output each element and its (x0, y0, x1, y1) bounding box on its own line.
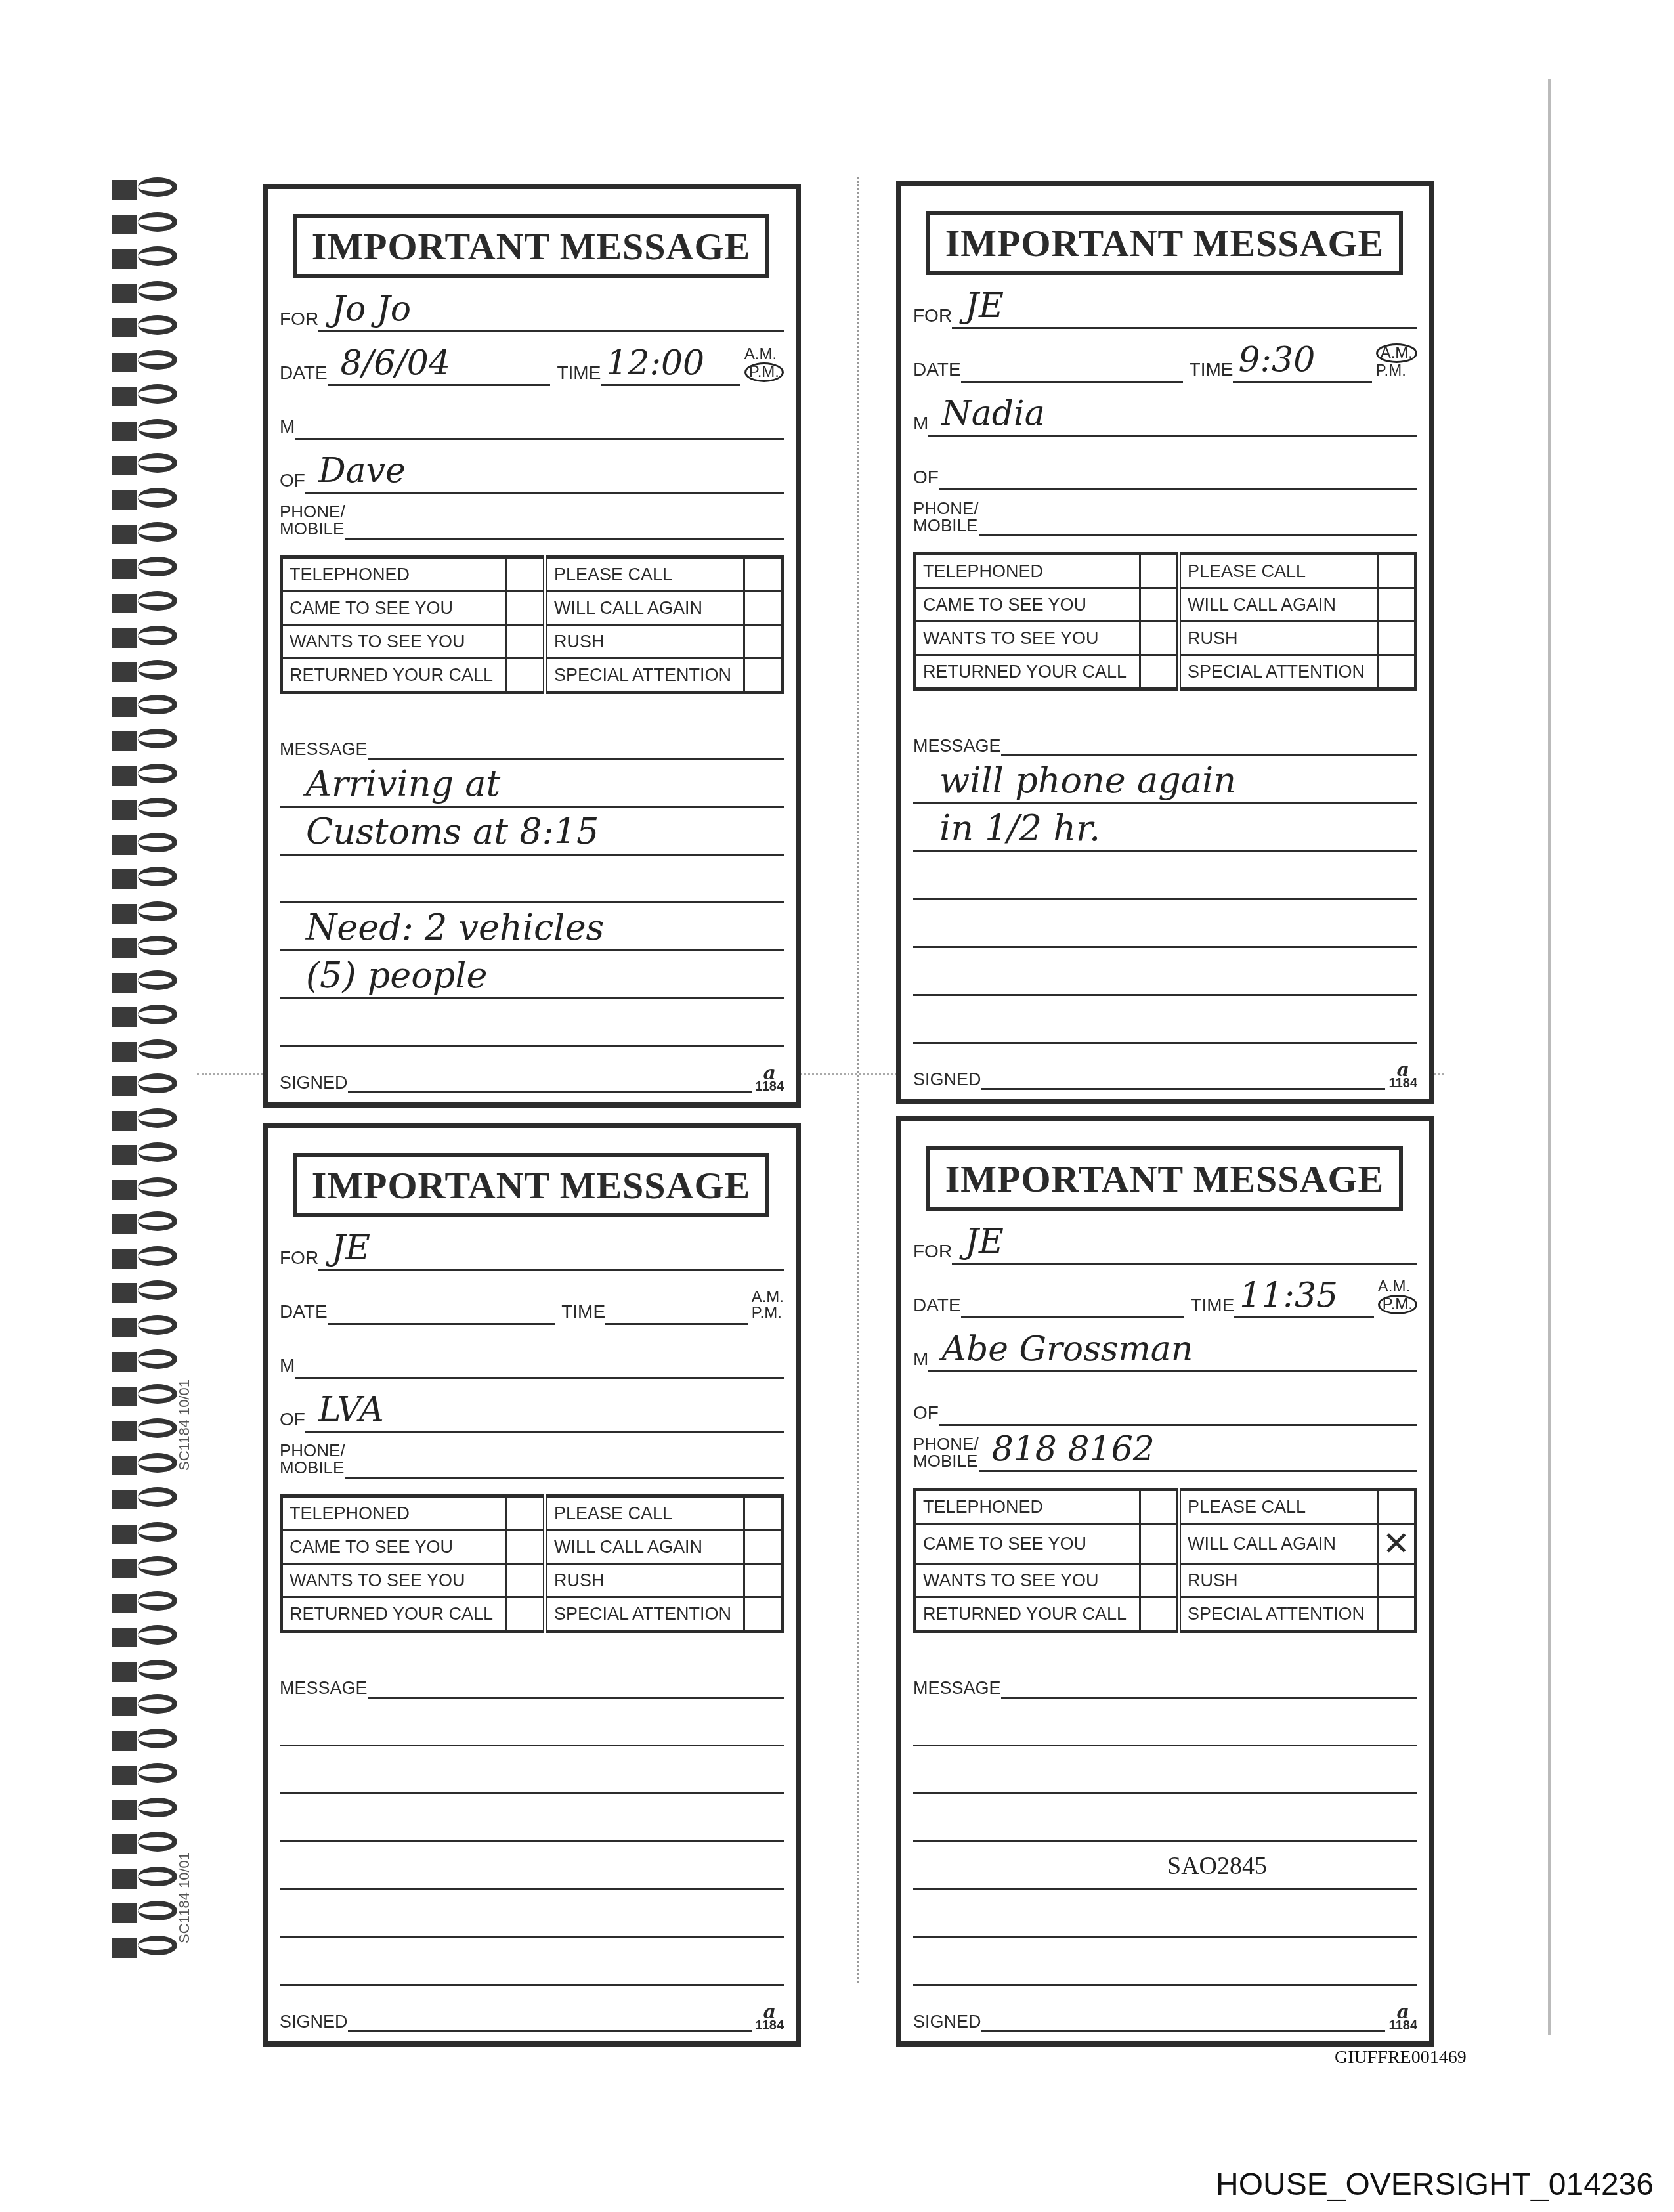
spiral-coil (112, 1798, 184, 1821)
checkbox-row: CAME TO SEE YOUWILL CALL AGAIN (282, 592, 783, 625)
m-field: M Nadia (913, 383, 1417, 437)
spiral-coil (112, 281, 184, 305)
title-box: IMPORTANT MESSAGE (926, 1146, 1403, 1211)
spiral-coil (112, 522, 184, 546)
signed-row: SIGNED a 1184 (913, 1064, 1417, 1090)
ampad-logo-icon: a (756, 1067, 784, 1080)
checkbox[interactable] (1378, 588, 1416, 622)
checkbox-row: TELEPHONEDPLEASE CALL (282, 1496, 783, 1530)
spiral-coil (112, 557, 184, 580)
spiral-coil (112, 833, 184, 856)
spiral-coil (112, 1211, 184, 1235)
spiral-coil (112, 729, 184, 752)
checkbox[interactable] (507, 557, 546, 592)
signed-row: SIGNED a 1184 (280, 1067, 784, 1093)
checkbox[interactable] (507, 1564, 546, 1597)
spiral-coil (112, 660, 184, 683)
time-label: TIME (1190, 359, 1234, 383)
checkbox-label: RETURNED YOUR CALL (282, 659, 507, 693)
perforation-vertical (857, 177, 859, 1983)
pm-label: P.M. (1378, 1295, 1417, 1314)
checkbox-label: SPECIAL ATTENTION (1179, 1597, 1378, 1632)
checkbox-row: CAME TO SEE YOUWILL CALL AGAIN (915, 588, 1416, 622)
pm-label: P.M. (752, 1305, 784, 1321)
time-label: TIME (1190, 1295, 1234, 1318)
ampad-logo-icon: a (1389, 1064, 1417, 1077)
pm-label: P.M. (1376, 363, 1417, 379)
checkbox-label: PLEASE CALL (546, 1496, 744, 1530)
phone-label: PHONE/MOBILE (280, 1442, 345, 1479)
checkbox-label: TELEPHONED (915, 1490, 1140, 1524)
spiral-coil (112, 177, 184, 201)
message-label-row: MESSAGE (913, 1672, 1417, 1699)
checkbox[interactable] (744, 592, 783, 625)
checkbox-label: RETURNED YOUR CALL (915, 655, 1140, 689)
spiral-coil (112, 764, 184, 787)
am-pm-indicator: A.M. P.M. (752, 1290, 784, 1325)
spiral-coil (112, 384, 184, 408)
spiral-coil (112, 626, 184, 649)
m-value: Abe Grossman (941, 1330, 1193, 1369)
m-label: M (913, 1349, 928, 1372)
checkbox[interactable] (744, 1530, 783, 1564)
side-form-code: SC1184 10/01 (176, 1852, 193, 1943)
title-box: IMPORTANT MESSAGE (293, 214, 769, 278)
form-title: IMPORTANT MESSAGE (945, 221, 1384, 265)
spiral-coil (112, 453, 184, 477)
checkbox[interactable] (1378, 655, 1416, 689)
message-line (280, 1890, 784, 1938)
am-label: A.M. (752, 1290, 784, 1305)
spiral-coil (112, 591, 184, 615)
date-time-field: DATE 8/6/04 TIME 12:00 A.M. P.M. (280, 332, 784, 386)
signed-row: SIGNED a 1184 (913, 2006, 1417, 2032)
message-line (913, 948, 1417, 996)
spiral-coil (112, 1901, 184, 1924)
message-line (280, 1842, 784, 1890)
message-lines (280, 1699, 784, 1986)
spiral-coil (112, 315, 184, 339)
for-field: FOR JE (280, 1217, 784, 1271)
message-line (280, 1938, 784, 1986)
spiral-coil (112, 1522, 184, 1546)
form-number: a 1184 (1389, 1064, 1417, 1090)
of-label: OF (913, 467, 939, 490)
checkbox-row: TELEPHONEDPLEASE CALL (915, 1490, 1416, 1524)
message-text: Arriving at (306, 763, 500, 804)
signed-label: SIGNED (913, 1070, 981, 1090)
spiral-coil (112, 1315, 184, 1339)
checkbox[interactable] (1378, 554, 1416, 588)
date-time-field: DATE TIME 11:35 A.M. P.M. (913, 1265, 1417, 1318)
checkbox-label: RUSH (1179, 622, 1378, 655)
spiral-coil (112, 1625, 184, 1649)
message-label: MESSAGE (280, 739, 368, 760)
spiral-coil (112, 1832, 184, 1855)
checkbox[interactable] (744, 659, 783, 693)
checkbox-row: RETURNED YOUR CALLSPECIAL ATTENTION (282, 1597, 783, 1632)
page-edge (1548, 79, 1551, 2035)
message-line (280, 1746, 784, 1794)
checkbox-label: SPECIAL ATTENTION (546, 659, 744, 693)
checkbox-row: RETURNED YOUR CALLSPECIAL ATTENTION (282, 659, 783, 693)
checkbox-row: WANTS TO SEE YOURUSH (915, 1564, 1416, 1597)
spiral-coil (112, 1694, 184, 1718)
title-box: IMPORTANT MESSAGE (926, 211, 1403, 275)
checkbox-label: CAME TO SEE YOU (282, 1530, 507, 1564)
of-field: OF Dave (280, 440, 784, 494)
message-line (913, 1794, 1417, 1842)
date-value: 8/6/04 (341, 343, 450, 383)
checkbox[interactable] (507, 1496, 546, 1530)
am-pm-indicator: A.M. P.M. (744, 347, 784, 386)
message-line (280, 1699, 784, 1746)
m-label: M (280, 416, 295, 440)
signed-label: SIGNED (280, 2012, 348, 2032)
m-field: M Abe Grossman (913, 1318, 1417, 1372)
for-label: FOR (913, 1241, 952, 1265)
phone-label: PHONE/MOBILE (280, 503, 345, 540)
message-line (913, 996, 1417, 1044)
checkbox[interactable] (1378, 1564, 1416, 1597)
signed-label: SIGNED (913, 2012, 981, 2032)
message-line (913, 1699, 1417, 1746)
m-label: M (280, 1355, 295, 1379)
message-line (913, 1938, 1417, 1986)
message-lines (913, 1699, 1417, 1986)
of-label: OF (913, 1402, 939, 1426)
message-line (913, 900, 1417, 948)
spiral-coil (112, 1349, 184, 1373)
for-value: JE (965, 286, 1004, 326)
checkbox-row: WANTS TO SEE YOURUSH (282, 625, 783, 659)
for-field: FOR JE (913, 1211, 1417, 1265)
spiral-coil (112, 1280, 184, 1304)
message-lines: will phone againin 1/2 hr. (913, 756, 1417, 1044)
spiral-coil (112, 1005, 184, 1028)
checkbox[interactable] (507, 592, 546, 625)
checkbox-grid: TELEPHONEDPLEASE CALLCAME TO SEE YOUWILL… (280, 1494, 784, 1633)
am-label: A.M. (1378, 1279, 1417, 1295)
message-line (280, 1794, 784, 1842)
am-label: A.M. (1376, 343, 1417, 363)
checkbox-label: CAME TO SEE YOU (915, 588, 1140, 622)
form-number: a 1184 (1389, 2006, 1417, 2032)
spiral-coil (112, 212, 184, 236)
checkbox-label: WILL CALL AGAIN (1179, 1524, 1378, 1564)
spiral-coil (112, 350, 184, 374)
of-field: OF LVA (280, 1379, 784, 1433)
spiral-coil (112, 1591, 184, 1615)
spiral-coil (112, 488, 184, 511)
spiral-coil (112, 1763, 184, 1787)
time-value: 11:35 (1239, 1276, 1338, 1315)
message-label-row: MESSAGE (280, 733, 784, 760)
checkbox-label: TELEPHONED (915, 554, 1140, 588)
checkbox-label: CAME TO SEE YOU (282, 592, 507, 625)
checkbox-row: WANTS TO SEE YOURUSH (282, 1564, 783, 1597)
checkbox[interactable]: ✕ (1378, 1524, 1416, 1564)
message-line: (5) people (280, 951, 784, 999)
checkbox[interactable] (1378, 1490, 1416, 1524)
message-text: in 1/2 hr. (939, 808, 1100, 849)
date-label: DATE (280, 1301, 328, 1325)
checkbox-row: WANTS TO SEE YOURUSH (915, 622, 1416, 655)
checkbox[interactable] (507, 1597, 546, 1632)
checkbox-label: WILL CALL AGAIN (546, 1530, 744, 1564)
message-lines: Arriving atCustoms at 8:15Need: 2 vehicl… (280, 760, 784, 1047)
date-label: DATE (280, 362, 328, 386)
message-slip-top-right: IMPORTANT MESSAGE FOR JE DATE TIME 9:30 … (896, 181, 1434, 1104)
message-slip-bottom-left: IMPORTANT MESSAGE FOR JE DATE TIME A.M. … (263, 1123, 801, 2047)
bates-number-giuffre: GIUFFRE001469 (1335, 2047, 1467, 2068)
checkbox[interactable] (507, 625, 546, 659)
m-field: M (280, 1325, 784, 1379)
checkbox-row: TELEPHONEDPLEASE CALL (282, 557, 783, 592)
for-field: FOR JE (913, 275, 1417, 329)
message-line: in 1/2 hr. (913, 804, 1417, 852)
message-label-row: MESSAGE (913, 730, 1417, 756)
checkbox-label: WANTS TO SEE YOU (915, 1564, 1140, 1597)
of-value: LVA (318, 1390, 384, 1429)
am-label: A.M. (744, 347, 784, 362)
spiral-coil (112, 1660, 184, 1683)
time-value: 9:30 (1238, 340, 1315, 380)
form-number: a 1184 (756, 2006, 784, 2032)
date-label: DATE (913, 1295, 961, 1318)
time-label: TIME (557, 362, 601, 386)
checkbox-label: PLEASE CALL (1179, 1490, 1378, 1524)
checkbox[interactable] (744, 1496, 783, 1530)
of-label: OF (280, 1409, 305, 1433)
form-title: IMPORTANT MESSAGE (945, 1157, 1384, 1201)
spiral-coil (112, 1039, 184, 1063)
checkbox[interactable] (1140, 655, 1179, 689)
spiral-coil (112, 1453, 184, 1477)
checkbox-label: RETURNED YOUR CALL (915, 1597, 1140, 1632)
spiral-coil (112, 1384, 184, 1408)
date-time-field: DATE TIME 9:30 A.M. P.M. (913, 329, 1417, 383)
for-value: Jo Jo (332, 290, 411, 329)
checkbox-label: PLEASE CALL (546, 557, 744, 592)
spiral-coil (112, 798, 184, 821)
time-value: 12:00 (606, 343, 704, 383)
of-field: OF (913, 1372, 1417, 1426)
document-stamp: SAO2845 (1167, 1852, 1267, 1880)
checkbox-row: CAME TO SEE YOUWILL CALL AGAIN✕ (915, 1524, 1416, 1564)
checkbox-label: PLEASE CALL (1179, 554, 1378, 588)
checkbox-label: RETURNED YOUR CALL (282, 1597, 507, 1632)
checkbox-row: RETURNED YOUR CALLSPECIAL ATTENTION (915, 1597, 1416, 1632)
pm-label: P.M. (744, 362, 784, 382)
message-line: Need: 2 vehicles (280, 903, 784, 951)
spiral-coil (112, 1556, 184, 1580)
checkbox[interactable] (744, 1564, 783, 1597)
title-box: IMPORTANT MESSAGE (293, 1153, 769, 1217)
checkbox-label: WILL CALL AGAIN (546, 592, 744, 625)
checkbox-label: TELEPHONED (282, 1496, 507, 1530)
phone-field: PHONE/MOBILE 818 8162 (913, 1426, 1417, 1472)
checkbox[interactable] (1140, 554, 1179, 588)
am-pm-indicator: A.M. P.M. (1376, 343, 1417, 383)
message-line (913, 1842, 1417, 1890)
spiral-coil (112, 1246, 184, 1270)
checkbox-grid: TELEPHONEDPLEASE CALLCAME TO SEE YOUWILL… (913, 1488, 1417, 1633)
message-text: Customs at 8:15 (306, 811, 599, 852)
spiral-coil (112, 419, 184, 443)
checkbox-label: WANTS TO SEE YOU (282, 625, 507, 659)
message-label-row: MESSAGE (280, 1672, 784, 1699)
message-line: Customs at 8:15 (280, 808, 784, 856)
spiral-coil (112, 936, 184, 959)
checkbox-grid: TELEPHONEDPLEASE CALLCAME TO SEE YOUWILL… (913, 552, 1417, 691)
checkbox[interactable] (1140, 1564, 1179, 1597)
message-line (913, 1890, 1417, 1938)
checkbox-label: CAME TO SEE YOU (915, 1524, 1140, 1564)
message-text: (5) people (306, 955, 488, 996)
checkbox[interactable] (1378, 622, 1416, 655)
spiral-coil (112, 1729, 184, 1752)
signed-label: SIGNED (280, 1073, 348, 1093)
bates-number-house-oversight: HOUSE_OVERSIGHT_014236 (1216, 2167, 1654, 2203)
spiral-coil (112, 246, 184, 270)
checkbox-label: RUSH (1179, 1564, 1378, 1597)
for-label: FOR (280, 1247, 318, 1271)
signed-row: SIGNED a 1184 (280, 2006, 784, 2032)
checkbox[interactable] (1140, 1490, 1179, 1524)
message-label: MESSAGE (913, 1678, 1001, 1699)
checkbox[interactable] (507, 1530, 546, 1564)
checkbox-row: RETURNED YOUR CALLSPECIAL ATTENTION (915, 655, 1416, 689)
phone-field: PHONE/MOBILE (913, 490, 1417, 536)
checkbox-row: CAME TO SEE YOUWILL CALL AGAIN (282, 1530, 783, 1564)
message-line: will phone again (913, 756, 1417, 804)
ampad-logo-icon: a (756, 2006, 784, 2019)
am-pm-indicator: A.M. P.M. (1378, 1279, 1417, 1318)
checkbox-label: SPECIAL ATTENTION (1179, 655, 1378, 689)
message-slip-top-left: IMPORTANT MESSAGE FOR Jo Jo DATE 8/6/04 … (263, 184, 801, 1108)
checkbox[interactable] (1140, 1597, 1179, 1632)
m-value: Nadia (941, 394, 1044, 433)
message-label: MESSAGE (280, 1678, 368, 1699)
of-label: OF (280, 470, 305, 494)
phone-field: PHONE/MOBILE (280, 1433, 784, 1479)
checkbox-label: SPECIAL ATTENTION (546, 1597, 744, 1632)
checkbox[interactable] (744, 625, 783, 659)
for-value: JE (332, 1228, 370, 1268)
for-label: FOR (280, 309, 318, 332)
for-value: JE (965, 1222, 1004, 1261)
of-value: Dave (318, 451, 406, 490)
checkbox-label: RUSH (546, 625, 744, 659)
spiral-coil (112, 867, 184, 890)
form-title: IMPORTANT MESSAGE (312, 225, 751, 269)
checkbox-grid: TELEPHONEDPLEASE CALLCAME TO SEE YOUWILL… (280, 555, 784, 694)
for-field: FOR Jo Jo (280, 278, 784, 332)
side-form-code: SC1184 10/01 (176, 1379, 193, 1471)
date-time-field: DATE TIME A.M. P.M. (280, 1271, 784, 1325)
checkbox[interactable] (1140, 1524, 1179, 1564)
for-label: FOR (913, 305, 952, 329)
m-label: M (913, 413, 928, 437)
spiral-coil (112, 1142, 184, 1166)
message-text: Need: 2 vehicles (306, 907, 604, 948)
spiral-coil (112, 1936, 184, 1959)
spiral-coil (112, 1073, 184, 1097)
phone-value: 818 8162 (992, 1429, 1155, 1469)
message-line (280, 999, 784, 1047)
message-text: will phone again (939, 760, 1236, 801)
checkbox-row: TELEPHONEDPLEASE CALL (915, 554, 1416, 588)
spiral-coil (112, 970, 184, 994)
spiral-coil (112, 901, 184, 925)
time-label: TIME (561, 1301, 605, 1325)
checkbox-label: WANTS TO SEE YOU (282, 1564, 507, 1597)
spiral-coil (112, 695, 184, 718)
phone-field: PHONE/MOBILE (280, 494, 784, 540)
message-line: Arriving at (280, 760, 784, 808)
checkbox[interactable] (507, 659, 546, 693)
checkbox-label: TELEPHONED (282, 557, 507, 592)
form-number: a 1184 (756, 1067, 784, 1093)
checkbox[interactable] (744, 557, 783, 592)
checkbox[interactable] (1140, 622, 1179, 655)
message-label: MESSAGE (913, 736, 1001, 756)
phone-label: PHONE/MOBILE (913, 1435, 979, 1472)
checkbox-label: WILL CALL AGAIN (1179, 588, 1378, 622)
checkbox[interactable] (744, 1597, 783, 1632)
message-line (913, 852, 1417, 900)
checkbox[interactable] (1140, 588, 1179, 622)
spiral-binding (112, 177, 190, 1983)
message-line (280, 856, 784, 903)
spiral-coil (112, 1108, 184, 1132)
checkbox-label: WANTS TO SEE YOU (915, 622, 1140, 655)
form-title: IMPORTANT MESSAGE (312, 1163, 751, 1207)
spiral-coil (112, 1867, 184, 1890)
checkbox[interactable] (1378, 1597, 1416, 1632)
ampad-logo-icon: a (1389, 2006, 1417, 2019)
m-field: M (280, 386, 784, 440)
message-line (913, 1746, 1417, 1794)
of-field: OF (913, 437, 1417, 490)
spiral-coil (112, 1177, 184, 1201)
message-slip-bottom-right: IMPORTANT MESSAGE FOR JE DATE TIME 11:35… (896, 1116, 1434, 2047)
phone-label: PHONE/MOBILE (913, 500, 979, 536)
checkbox-label: RUSH (546, 1564, 744, 1597)
spiral-coil (112, 1487, 184, 1511)
spiral-coil (112, 1418, 184, 1442)
date-label: DATE (913, 359, 961, 383)
